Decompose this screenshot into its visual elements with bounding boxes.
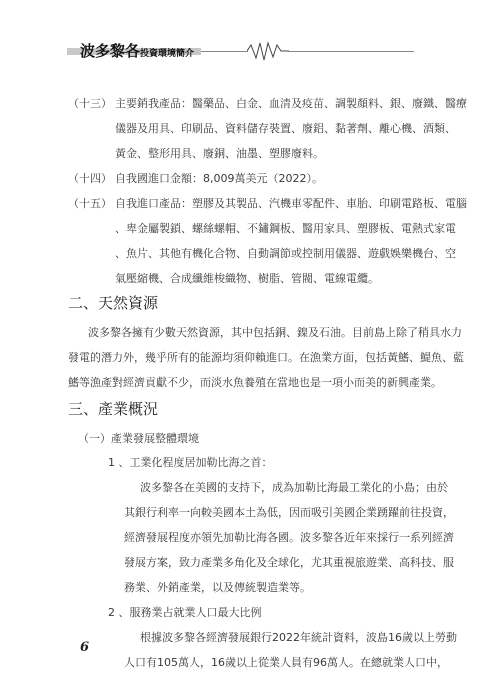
item-13-line-2: 儀器及用具、印刷品、資料儲存裝置、廢鋁、黏著劑、離心機、酒類、 (115, 122, 456, 136)
item-13-label: （十三） (68, 97, 112, 111)
item-14-label: （十四） (68, 172, 112, 186)
running-header: 波多黎各投資環境簡介 (67, 38, 414, 58)
item-15-line-4: 氣壓縮機、合成纖維梭織物、樹脂、管閥、電線電纜。 (115, 272, 379, 286)
header-title-main: 波多黎各 (80, 42, 140, 60)
header-title-sub: 投資環境簡介 (140, 49, 194, 59)
header-rule-right (288, 51, 414, 52)
point-2-line-2: 人口有105萬人，16歲以上從業人員有96萬人。在總就業人口中， (124, 656, 448, 670)
item-14-text: 自我國進口金額：8,009萬美元（2022）。 (115, 172, 323, 186)
section-2-para-line-2: 發電的潛力外，幾乎所有的能源均須仰賴進口。在漁業方面，包括黃鰭、鯷魚、藍 (68, 351, 464, 365)
item-13-line-3: 黃金、整形用具、廢銅、油墨、塑膠廢料。 (115, 147, 324, 161)
section-3-sub-1-label: （一）產業發展整體環境 (78, 432, 199, 446)
point-1-line-4: 發展方案，致力產業多角化及全球化，尤其重視旅遊業、高科技、服 (124, 556, 454, 570)
item-15-line-2: 、卑金屬製鎖、螺絲螺帽、不鏽鋼板、醫用家具、塑膠板、電熱式家電 (115, 222, 456, 236)
page-number: 6 (80, 640, 89, 655)
item-15-line-1: 自我進口產品：塑膠及其製品、汽機車零配件、車胎、印刷電路板、電腦 (115, 197, 467, 211)
section-2-heading: 二、天然資源 (68, 292, 158, 313)
point-1-line-1: 波多黎各在美國的支持下，成為加勒比海最工業化的小島；由於 (140, 481, 448, 495)
header-title: 波多黎各投資環境簡介 (80, 40, 194, 61)
item-15-line-3: 、魚片、其他有機化合物、自動調節或控制用儀器、遊戲娛樂機台、空 (115, 247, 456, 261)
header-rule-left (201, 51, 248, 52)
section-3-heading: 三、產業概況 (68, 398, 158, 419)
point-2-line-1: 根據波多黎各經濟發展銀行2022年統計資料，波島16歲以上勞動 (140, 631, 457, 645)
item-15-label: （十五） (68, 197, 112, 211)
section-2-para-line-3: 鰭等漁產對經濟貢獻不少，而淡水魚養殖在當地也是一項小而美的新興產業。 (68, 376, 442, 390)
point-1-title: 1 、工業化程度居加勒比海之首： (108, 456, 273, 470)
point-1-line-3: 經濟發展程度亦領先加勒比海各國。波多黎各近年來採行一系列經濟 (124, 531, 454, 545)
section-2-para-line-1: 波多黎各擁有少數天然資源，其中包括銅、鎳及石油。目前島上除了稍具水力 (88, 326, 462, 340)
item-13-line-1: 主要銷我產品：醫藥品、白金、血清及疫苗、調製顏料、銀、廢鐵、醫療 (115, 97, 467, 111)
point-2-title: 2 、服務業占就業人口最大比例 (108, 606, 262, 620)
zigzag-ornament-icon (247, 40, 289, 62)
point-1-line-2: 其銀行利率一向較美國本土為低，因而吸引美國企業踴躍前往投資， (124, 506, 454, 520)
point-1-line-5: 務業、外銷產業，以及傳統製造業等。 (124, 581, 311, 595)
